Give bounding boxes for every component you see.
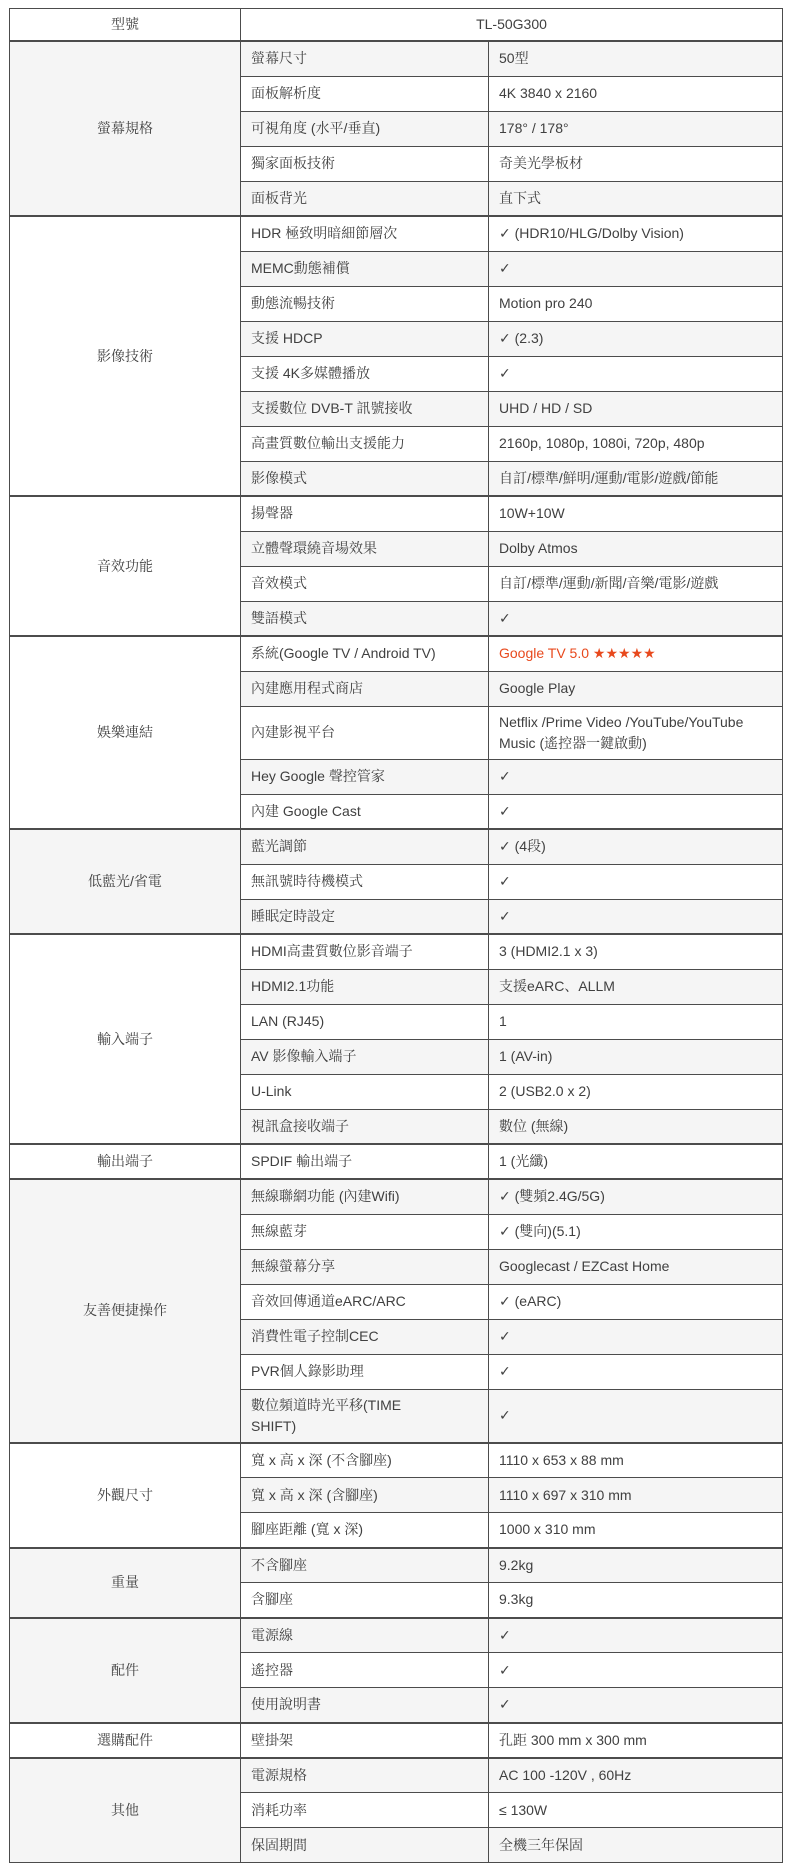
spec-value-cell: 2160p, 1080p, 1080i, 720p, 480p xyxy=(489,426,783,461)
spec-table: 型號 TL-50G300 螢幕規格螢幕尺寸50型面板解析度4K 3840 x 2… xyxy=(9,8,783,1863)
spec-label-cell: 面板解析度 xyxy=(241,76,489,111)
spec-label-cell: HDMI2.1功能 xyxy=(241,969,489,1004)
spec-label-cell: 音效回傳通道eARC/ARC xyxy=(241,1284,489,1319)
spec-label-cell: 內建影視平台 xyxy=(241,706,489,759)
spec-label-cell: 系統(Google TV / Android TV) xyxy=(241,636,489,671)
spec-value-cell: ✓ xyxy=(489,1354,783,1389)
spec-label-cell: 高畫質數位輸出支援能力 xyxy=(241,426,489,461)
spec-row: 重量不含腳座9.2kg xyxy=(10,1548,783,1583)
spec-label-cell: 壁掛架 xyxy=(241,1723,489,1758)
spec-label-cell: 立體聲環繞音場效果 xyxy=(241,531,489,566)
spec-value-cell: ✓ xyxy=(489,759,783,794)
spec-label-cell: 內建應用程式商店 xyxy=(241,671,489,706)
spec-label-cell: 睡眠定時設定 xyxy=(241,899,489,934)
category-cell: 低藍光/省電 xyxy=(10,829,241,934)
spec-label-cell: 支援 HDCP xyxy=(241,321,489,356)
spec-row: 影像技術HDR 極致明暗細節層次✓ (HDR10/HLG/Dolby Visio… xyxy=(10,216,783,251)
spec-value-cell: ✓ xyxy=(489,1618,783,1653)
model-label: 型號 xyxy=(10,9,241,42)
spec-label-cell: 無線聯網功能 (內建Wifi) xyxy=(241,1179,489,1214)
spec-label-cell: 動態流暢技術 xyxy=(241,286,489,321)
spec-value-cell: 數位 (無線) xyxy=(489,1109,783,1144)
spec-value-cell: ✓ xyxy=(489,1319,783,1354)
spec-label-cell: 使用說明書 xyxy=(241,1688,489,1723)
spec-value-cell: ✓ xyxy=(489,1688,783,1723)
spec-value-cell: 3 (HDMI2.1 x 3) xyxy=(489,934,783,969)
spec-row: 音效功能揚聲器10W+10W xyxy=(10,496,783,531)
spec-value-cell: 50型 xyxy=(489,41,783,76)
spec-label-cell: 寬 x 高 x 深 (含腳座) xyxy=(241,1478,489,1513)
spec-value-cell: 支援eARC、ALLM xyxy=(489,969,783,1004)
spec-label-cell: 螢幕尺寸 xyxy=(241,41,489,76)
spec-value-cell: 178° / 178° xyxy=(489,111,783,146)
spec-value-cell: UHD / HD / SD xyxy=(489,391,783,426)
category-cell: 選購配件 xyxy=(10,1723,241,1758)
spec-label-cell: 可視角度 (水平/垂直) xyxy=(241,111,489,146)
spec-label-cell: 含腳座 xyxy=(241,1583,489,1618)
spec-label-cell: 不含腳座 xyxy=(241,1548,489,1583)
spec-value-cell: 奇美光學板材 xyxy=(489,146,783,181)
spec-table-body: 型號 TL-50G300 螢幕規格螢幕尺寸50型面板解析度4K 3840 x 2… xyxy=(10,9,783,1863)
spec-label-cell: SPDIF 輸出端子 xyxy=(241,1144,489,1179)
category-cell: 其他 xyxy=(10,1758,241,1863)
spec-value-cell: 4K 3840 x 2160 xyxy=(489,76,783,111)
spec-value-cell: ✓ xyxy=(489,1653,783,1688)
spec-value-cell: AC 100 -120V , 60Hz xyxy=(489,1758,783,1793)
spec-value-cell: 9.3kg xyxy=(489,1583,783,1618)
category-cell: 友善便捷操作 xyxy=(10,1179,241,1443)
spec-label-cell: 無線藍芽 xyxy=(241,1214,489,1249)
spec-value-cell: ✓ xyxy=(489,251,783,286)
category-cell: 影像技術 xyxy=(10,216,241,496)
spec-label-cell: 雙語模式 xyxy=(241,601,489,636)
category-cell: 外觀尺寸 xyxy=(10,1443,241,1548)
spec-value-cell: 1000 x 310 mm xyxy=(489,1513,783,1548)
spec-value-cell: 9.2kg xyxy=(489,1548,783,1583)
spec-label-cell: 電源線 xyxy=(241,1618,489,1653)
spec-value-cell: ✓ xyxy=(489,356,783,391)
spec-row: 其他電源規格AC 100 -120V , 60Hz xyxy=(10,1758,783,1793)
spec-sheet: 型號 TL-50G300 螢幕規格螢幕尺寸50型面板解析度4K 3840 x 2… xyxy=(0,0,797,1875)
spec-value-cell: Googlecast / EZCast Home xyxy=(489,1249,783,1284)
spec-label-cell: 支援數位 DVB-T 訊號接收 xyxy=(241,391,489,426)
category-cell: 螢幕規格 xyxy=(10,41,241,216)
spec-row: 選購配件壁掛架孔距 300 mm x 300 mm xyxy=(10,1723,783,1758)
model-row: 型號 TL-50G300 xyxy=(10,9,783,42)
spec-label-cell: 消耗功率 xyxy=(241,1793,489,1828)
spec-row: 配件電源線✓ xyxy=(10,1618,783,1653)
spec-value-cell: 1 (光纖) xyxy=(489,1144,783,1179)
spec-row: 低藍光/省電藍光調節✓ (4段) xyxy=(10,829,783,864)
spec-value-cell: 2 (USB2.0 x 2) xyxy=(489,1074,783,1109)
spec-value-cell: 自訂/標準/鮮明/運動/電影/遊戲/節能 xyxy=(489,461,783,496)
spec-label-cell: 面板背光 xyxy=(241,181,489,216)
spec-value-cell: Motion pro 240 xyxy=(489,286,783,321)
spec-label-cell: 腳座距離 (寬 x 深) xyxy=(241,1513,489,1548)
spec-value-cell: 直下式 xyxy=(489,181,783,216)
spec-label-cell: 遙控器 xyxy=(241,1653,489,1688)
spec-value-cell: ✓ (HDR10/HLG/Dolby Vision) xyxy=(489,216,783,251)
spec-label-cell: 寬 x 高 x 深 (不含腳座) xyxy=(241,1443,489,1478)
spec-value-cell: 全機三年保固 xyxy=(489,1828,783,1863)
spec-label-cell: U-Link xyxy=(241,1074,489,1109)
spec-label-cell: HDR 極致明暗細節層次 xyxy=(241,216,489,251)
spec-row: 外觀尺寸寬 x 高 x 深 (不含腳座)1110 x 653 x 88 mm xyxy=(10,1443,783,1478)
spec-label-cell: 影像模式 xyxy=(241,461,489,496)
spec-label-cell: 無訊號時待機模式 xyxy=(241,864,489,899)
spec-label-cell: 無線螢幕分享 xyxy=(241,1249,489,1284)
spec-value-cell: ✓ (2.3) xyxy=(489,321,783,356)
category-cell: 配件 xyxy=(10,1618,241,1723)
category-cell: 重量 xyxy=(10,1548,241,1618)
spec-label-cell: 數位頻道時光平移(TIME SHIFT) xyxy=(241,1389,489,1443)
spec-value-cell: 1110 x 653 x 88 mm xyxy=(489,1443,783,1478)
spec-label-cell: 獨家面板技術 xyxy=(241,146,489,181)
spec-value-cell: ✓ (雙向)(5.1) xyxy=(489,1214,783,1249)
spec-value-cell: 1 xyxy=(489,1004,783,1039)
spec-value-cell: Google TV 5.0 ★★★★★ xyxy=(489,636,783,671)
spec-value-cell: ✓ xyxy=(489,864,783,899)
spec-label-cell: 音效模式 xyxy=(241,566,489,601)
spec-value-cell: ✓ xyxy=(489,899,783,934)
spec-row: 友善便捷操作無線聯網功能 (內建Wifi)✓ (雙頻2.4G/5G) xyxy=(10,1179,783,1214)
category-cell: 輸入端子 xyxy=(10,934,241,1144)
spec-value-cell: 孔距 300 mm x 300 mm xyxy=(489,1723,783,1758)
spec-label-cell: 藍光調節 xyxy=(241,829,489,864)
spec-value-cell: ≤ 130W xyxy=(489,1793,783,1828)
spec-label-cell: HDMI高畫質數位影音端子 xyxy=(241,934,489,969)
spec-label-cell: 支援 4K多媒體播放 xyxy=(241,356,489,391)
spec-value-cell: ✓ (雙頻2.4G/5G) xyxy=(489,1179,783,1214)
spec-value-cell: Google Play xyxy=(489,671,783,706)
spec-label-cell: PVR個人錄影助理 xyxy=(241,1354,489,1389)
spec-label-cell: Hey Google 聲控管家 xyxy=(241,759,489,794)
spec-value-cell: ✓ xyxy=(489,601,783,636)
spec-row: 輸入端子HDMI高畫質數位影音端子3 (HDMI2.1 x 3) xyxy=(10,934,783,969)
category-cell: 音效功能 xyxy=(10,496,241,636)
spec-value-cell: ✓ xyxy=(489,1389,783,1443)
spec-value-cell: 10W+10W xyxy=(489,496,783,531)
spec-label-cell: 揚聲器 xyxy=(241,496,489,531)
spec-label-cell: 保固期間 xyxy=(241,1828,489,1863)
spec-label-cell: AV 影像輸入端子 xyxy=(241,1039,489,1074)
spec-value-cell: ✓ (4段) xyxy=(489,829,783,864)
spec-value-cell: 1110 x 697 x 310 mm xyxy=(489,1478,783,1513)
spec-value-cell: Netflix /Prime Video /YouTube/YouTube Mu… xyxy=(489,706,783,759)
spec-row: 娛樂連結系統(Google TV / Android TV)Google TV … xyxy=(10,636,783,671)
spec-value-cell: 1 (AV-in) xyxy=(489,1039,783,1074)
spec-value-cell: Dolby Atmos xyxy=(489,531,783,566)
category-cell: 娛樂連結 xyxy=(10,636,241,829)
spec-row: 輸出端子SPDIF 輸出端子1 (光纖) xyxy=(10,1144,783,1179)
category-cell: 輸出端子 xyxy=(10,1144,241,1179)
spec-label-cell: 消費性電子控制CEC xyxy=(241,1319,489,1354)
spec-label-cell: 內建 Google Cast xyxy=(241,794,489,829)
spec-value-cell: ✓ xyxy=(489,794,783,829)
spec-value-cell: 自訂/標準/運動/新聞/音樂/電影/遊戲 xyxy=(489,566,783,601)
spec-label-cell: LAN (RJ45) xyxy=(241,1004,489,1039)
spec-label-cell: MEMC動態補償 xyxy=(241,251,489,286)
spec-label-cell: 視訊盒接收端子 xyxy=(241,1109,489,1144)
spec-value-cell: ✓ (eARC) xyxy=(489,1284,783,1319)
spec-row: 螢幕規格螢幕尺寸50型 xyxy=(10,41,783,76)
model-value: TL-50G300 xyxy=(241,9,783,42)
spec-label-cell: 電源規格 xyxy=(241,1758,489,1793)
